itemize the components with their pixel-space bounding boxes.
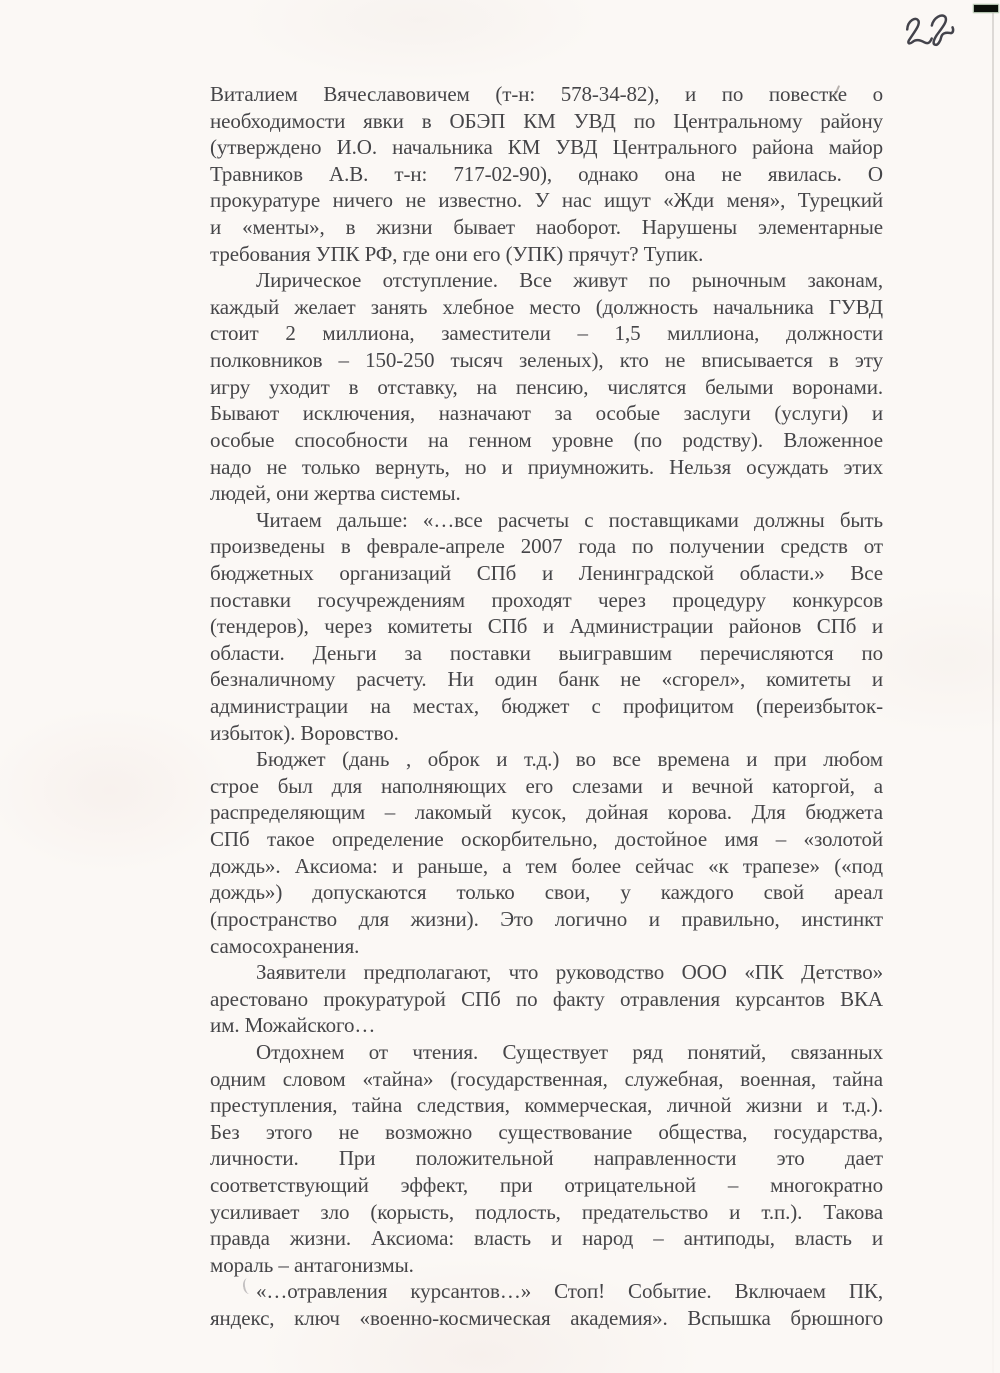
text-line: Бюджет (дань , оброк и т.д.) во все врем… — [210, 746, 883, 773]
text-line: им. Можайского… — [210, 1012, 883, 1039]
text-line: дождь». Аксиома: и раньше, а тем более с… — [210, 853, 883, 880]
text-line: дождь») допускаются только свои, у каждо… — [210, 879, 883, 906]
text-line: распределяющим – лакомый кусок, дойная к… — [210, 799, 883, 826]
text-line: требования УПК РФ, где они его (УПК) пря… — [210, 241, 883, 268]
text-line: надо не только вернуть, но и приумножить… — [210, 454, 883, 481]
text-line: людей, они жертва системы. — [210, 480, 883, 507]
text-line: строе был для наполняющих его слезами и … — [210, 773, 883, 800]
text-line: Бывают исключения, назначают за особые з… — [210, 400, 883, 427]
text-line: особые способности на генном уровне (по … — [210, 427, 883, 454]
text-line: одним словом «тайна» (государственная, с… — [210, 1066, 883, 1093]
text-line: полковников – 150-250 тысяч зеленых), кт… — [210, 347, 883, 374]
text-line: арестовано прокуратурой СПб по факту отр… — [210, 986, 883, 1013]
text-line: бюджетных организаций СПб и Ленинградско… — [210, 560, 883, 587]
text-line: яндекс, ключ «военно-космическая академи… — [210, 1305, 883, 1332]
text-line: Без этого не возможно существование обще… — [210, 1119, 883, 1146]
text-line: правда жизни. Аксиома: власть и народ – … — [210, 1225, 883, 1252]
text-line: соответствующий эффект, при отрицательно… — [210, 1172, 883, 1199]
text-line: Лирическое отступление. Все живут по рын… — [210, 267, 883, 294]
text-line: Заявители предполагают, что руководство … — [210, 959, 883, 986]
document-text: Виталием Вячеславовичем (т-н: 578-34-82)… — [210, 81, 883, 1332]
text-line: игру уходит в отставку, на пенсию, числя… — [210, 374, 883, 401]
handwritten-page-number: 22 — [902, 8, 959, 52]
scan-artifact-dash — [974, 5, 998, 12]
handwriting-22-strokes — [902, 8, 959, 52]
text-line: личности. При положительной направленнос… — [210, 1145, 883, 1172]
text-line: мораль – антагонизмы. — [210, 1252, 883, 1279]
text-line: поставки госучреждениям проходят через п… — [210, 587, 883, 614]
text-line: усиливает зло (корысть, подлость, предат… — [210, 1199, 883, 1226]
text-line: каждый желает занять хлебное место (долж… — [210, 294, 883, 321]
text-line: стоит 2 миллиона, заместители – 1,5 милл… — [210, 320, 883, 347]
text-line: (утверждено И.О. начальника КМ УВД Центр… — [210, 134, 883, 161]
page-number-value: 22 — [904, 52, 905, 53]
text-line: администрации на местах, бюджет с профиц… — [210, 693, 883, 720]
text-line: «…отравления курсантов…» Стоп! Событие. … — [210, 1278, 883, 1305]
scan-artifact-right-edge — [992, 12, 994, 1373]
text-line: Травников А.В. т-н: 717-02-90), однако о… — [210, 161, 883, 188]
text-line: Виталием Вячеславовичем (т-н: 578-34-82)… — [210, 81, 883, 108]
text-line: безналичному расчету. Ни один банк не «с… — [210, 666, 883, 693]
text-line: преступления, тайна следствия, коммерчес… — [210, 1092, 883, 1119]
text-line: Отдохнем от чтения. Существует ряд понят… — [210, 1039, 883, 1066]
text-line: (тендеров), через комитеты СПб и Админис… — [210, 613, 883, 640]
text-line: Читаем дальше: «…все расчеты с поставщик… — [210, 507, 883, 534]
text-line: избыток). Воровство. — [210, 720, 883, 747]
text-line: необходимости явки в ОБЭП КМ УВД по Цент… — [210, 108, 883, 135]
text-line: произведены в феврале-апреле 2007 года п… — [210, 533, 883, 560]
scanned-document-page: 22 Виталием Вячеславовичем (т-н: 578-34-… — [0, 0, 1000, 1373]
text-line: СПб такое определение оскорбительно, дос… — [210, 826, 883, 853]
text-line: области. Деньги за поставки выигравшим п… — [210, 640, 883, 667]
text-line: самосохранения. — [210, 933, 883, 960]
text-line: прокуратуре ничего не известно. У нас ищ… — [210, 187, 883, 214]
text-line: и «менты», в жизни бывает наоборот. Нару… — [210, 214, 883, 241]
text-line: (пространство для жизни). Это логично и … — [210, 906, 883, 933]
